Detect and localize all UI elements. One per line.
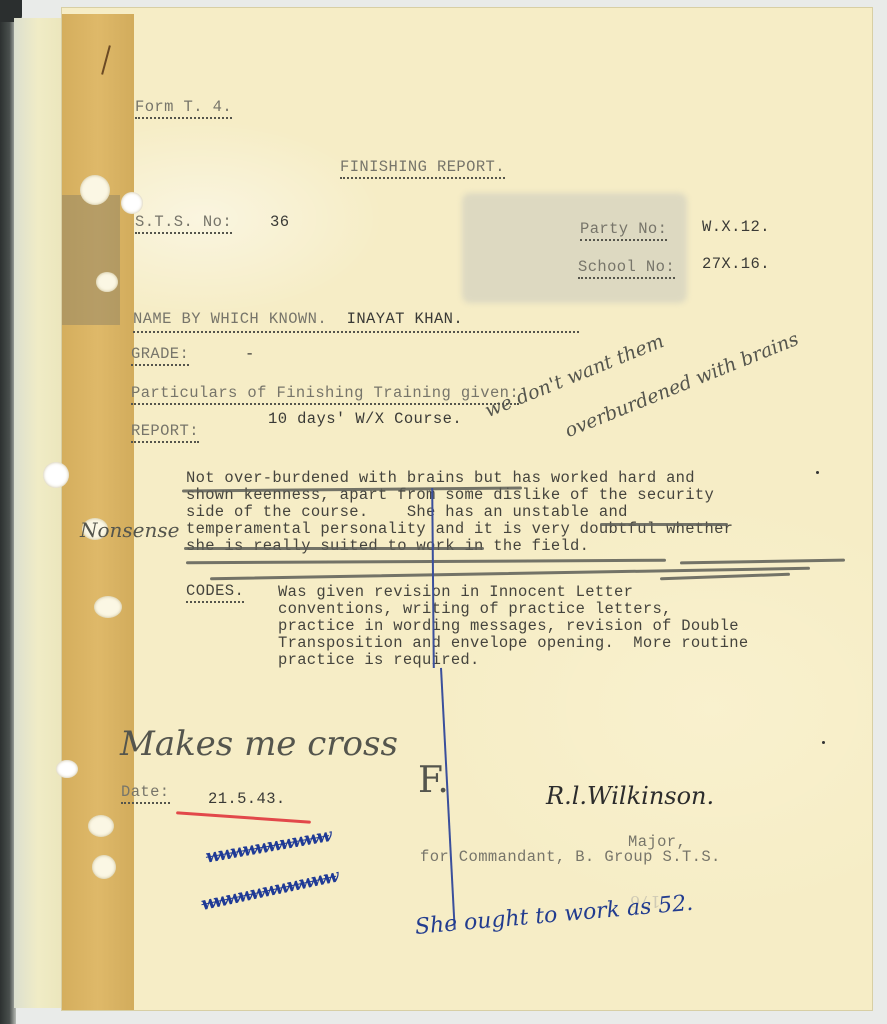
grade-value: - [245, 347, 255, 363]
name-value: INAYAT KHAN. [347, 310, 463, 328]
paper-speck [822, 741, 825, 744]
paper-speck [816, 471, 819, 474]
punch-hole [92, 855, 116, 879]
particulars-label: Particulars of Finishing Training given: [131, 386, 519, 405]
punch-hole [88, 815, 114, 837]
sts-value: 36 [270, 215, 289, 231]
sts-label: S.T.S. No: [135, 215, 232, 234]
pencil-underline [600, 523, 728, 526]
name-label: NAME BY WHICH KNOWN. [133, 310, 327, 328]
makes-me-cross-note: Makes me cross [120, 724, 398, 764]
signature: R.l.Wilkinson. [546, 782, 714, 810]
punch-hole [80, 175, 110, 205]
initial-f: F. [418, 760, 449, 801]
codes-line: practice is required. [278, 652, 748, 669]
document-title: FINISHING REPORT. [340, 160, 505, 179]
pencil-underline [184, 547, 484, 550]
form-number: Form T. 4. [135, 100, 232, 119]
school-label: School No: [578, 260, 675, 279]
tape-patch [62, 195, 120, 325]
margin-note-nonsense: Nonsense [80, 518, 180, 542]
name-row: NAME BY WHICH KNOWN. INAYAT KHAN. [133, 310, 579, 333]
codes-line: practice in wording messages, revision o… [278, 618, 748, 635]
codes-line: Was given revision in Innocent Letter [278, 584, 748, 601]
codes-line: conventions, writing of practice letters… [278, 601, 748, 618]
stain-patch [462, 193, 687, 303]
report-line: side of the course. She has an unstable … [186, 504, 733, 521]
report-body: Not over-burdened with brains but has wo… [186, 470, 733, 555]
signatory-line: for Commandant, B. Group S.T.S. [420, 850, 721, 866]
report-line: Not over-burdened with brains but has wo… [186, 470, 733, 487]
punch-hole [121, 192, 143, 214]
party-label: Party No: [580, 222, 667, 241]
codes-body: Was given revision in Innocent Lettercon… [278, 584, 748, 669]
codes-line: Transposition and envelope opening. More… [278, 635, 748, 652]
party-value: W.X.12. [702, 220, 770, 236]
date-label: Date: [121, 785, 170, 804]
particulars-value: 10 days' W/X Course. [268, 412, 462, 428]
date-value: 21.5.43. [208, 792, 286, 808]
report-label: REPORT: [131, 424, 199, 443]
punch-hole [56, 760, 78, 778]
punch-hole [96, 272, 118, 292]
punch-hole [43, 462, 69, 488]
grade-label: GRADE: [131, 347, 189, 366]
punch-hole [94, 596, 122, 618]
codes-label: CODES. [186, 584, 244, 603]
school-value: 27X.16. [702, 257, 770, 273]
